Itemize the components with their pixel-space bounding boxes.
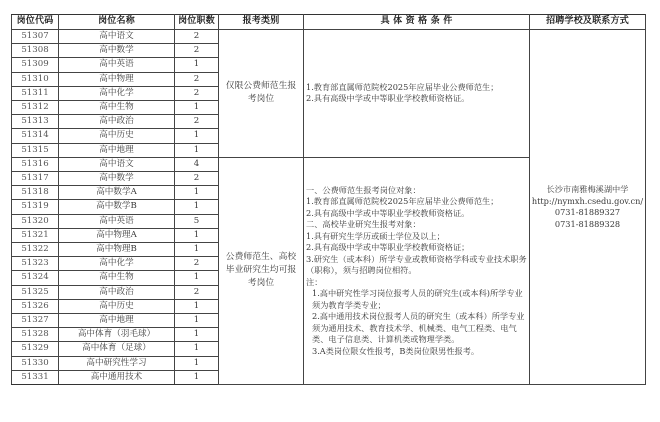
- position-name: 高中历史: [59, 129, 175, 143]
- contact-url[interactable]: http://nymxh.csedu.gov.cn/: [530, 196, 645, 208]
- position-code: 51312: [12, 101, 59, 115]
- position-count: 1: [175, 370, 219, 384]
- position-name: 高中地理: [59, 143, 175, 157]
- position-count: 2: [175, 86, 219, 100]
- requirements-cell: 1.教育部直属师范院校2025年应届毕业公费师范生；2.具有高级中学或中等职业学…: [304, 30, 530, 158]
- position-name: 高中数学: [59, 172, 175, 186]
- position-code: 51328: [12, 328, 59, 342]
- requirement-line: 二、高校毕业研究生报考对象：: [306, 219, 527, 231]
- position-name: 高中生物: [59, 101, 175, 115]
- position-name: 高中数学A: [59, 186, 175, 200]
- position-count: 1: [175, 186, 219, 200]
- requirement-line: 1.教育部直属师范院校2025年应届毕业公费师范生；: [306, 82, 527, 94]
- position-code: 51308: [12, 44, 59, 58]
- position-name: 高中英语: [59, 214, 175, 228]
- position-name: 高中体育（羽毛球）: [59, 328, 175, 342]
- position-name: 高中体育（足球）: [59, 342, 175, 356]
- position-count: 1: [175, 328, 219, 342]
- position-count: 4: [175, 157, 219, 171]
- position-name: 高中化学: [59, 257, 175, 271]
- position-code: 51330: [12, 356, 59, 370]
- position-count: 2: [175, 72, 219, 86]
- header-row: 岗位代码 岗位名称 岗位职数 报考类别 具 体 资 格 条 件 招聘学校及联系方…: [12, 15, 646, 30]
- position-code: 51324: [12, 271, 59, 285]
- position-name: 高中语文: [59, 157, 175, 171]
- position-code: 51311: [12, 86, 59, 100]
- position-code: 51331: [12, 370, 59, 384]
- position-code: 51326: [12, 299, 59, 313]
- position-count: 2: [175, 44, 219, 58]
- position-code: 51319: [12, 200, 59, 214]
- position-count: 1: [175, 299, 219, 313]
- position-count: 2: [175, 285, 219, 299]
- position-count: 2: [175, 30, 219, 44]
- position-name: 高中通用技术: [59, 370, 175, 384]
- position-name: 高中政治: [59, 285, 175, 299]
- position-count: 2: [175, 172, 219, 186]
- position-count: 1: [175, 314, 219, 328]
- contact-cell: 长沙市南雅梅溪湖中学http://nymxh.csedu.gov.cn/0731…: [530, 30, 646, 385]
- position-count: 1: [175, 143, 219, 157]
- header-code: 岗位代码: [12, 15, 59, 30]
- position-count: 2: [175, 257, 219, 271]
- position-name: 高中英语: [59, 58, 175, 72]
- position-code: 51325: [12, 285, 59, 299]
- requirement-line: 2.具有高级中学或中等职业学校教师资格证；: [306, 242, 527, 254]
- position-code: 51320: [12, 214, 59, 228]
- requirement-line: 2.高中通用技术岗位报考人员的研究生（或本科）所学专业须为通用技术、教育技术学、…: [306, 311, 527, 346]
- recruitment-table: 岗位代码 岗位名称 岗位职数 报考类别 具 体 资 格 条 件 招聘学校及联系方…: [11, 14, 646, 385]
- position-code: 51313: [12, 115, 59, 129]
- requirement-line: 一、公费师范生报考岗位对象：: [306, 185, 527, 197]
- requirement-line: 注：: [306, 277, 527, 289]
- header-count: 岗位职数: [175, 15, 219, 30]
- requirement-line: 1.高中研究性学习岗位报考人员的研究生(或本科)所学专业须为教育学类专业；: [306, 288, 527, 311]
- position-code: 51314: [12, 129, 59, 143]
- header-requirements: 具 体 资 格 条 件: [304, 15, 530, 30]
- category-cell: 仅限公费师范生报考岗位: [219, 30, 304, 158]
- requirements-cell: 一、公费师范生报考岗位对象：1.教育部直属师范院校2025年应届毕业公费师范生；…: [304, 157, 530, 384]
- position-name: 高中生物: [59, 271, 175, 285]
- requirement-line: 2.具有高级中学或中等职业学校教师资格证。: [306, 93, 527, 105]
- position-code: 51310: [12, 72, 59, 86]
- contact-school: 长沙市南雅梅溪湖中学: [530, 184, 645, 196]
- requirement-line: 1.教育部直属师范院校2025年应届毕业公费师范生；: [306, 196, 527, 208]
- position-name: 高中数学: [59, 44, 175, 58]
- position-code: 51316: [12, 157, 59, 171]
- requirement-line: 2.具有高级中学或中等职业学校教师资格证。: [306, 208, 527, 220]
- position-code: 51322: [12, 243, 59, 257]
- position-code: 51315: [12, 143, 59, 157]
- position-name: 高中政治: [59, 115, 175, 129]
- position-code: 51309: [12, 58, 59, 72]
- position-count: 2: [175, 115, 219, 129]
- position-name: 高中物理A: [59, 228, 175, 242]
- position-count: 1: [175, 356, 219, 370]
- position-count: 1: [175, 200, 219, 214]
- position-code: 51327: [12, 314, 59, 328]
- category-cell: 公费师范生、高校毕业研究生均可报考岗位: [219, 157, 304, 384]
- header-name: 岗位名称: [59, 15, 175, 30]
- position-code: 51329: [12, 342, 59, 356]
- position-name: 高中历史: [59, 299, 175, 313]
- position-count: 1: [175, 228, 219, 242]
- position-count: 5: [175, 214, 219, 228]
- position-name: 高中化学: [59, 86, 175, 100]
- position-name: 高中地理: [59, 314, 175, 328]
- position-name: 高中物理: [59, 72, 175, 86]
- requirement-line: 3.A类岗位限女性报考，B类岗位限男性报考。: [306, 346, 527, 358]
- contact-phone2: 0731-81889328: [530, 219, 645, 231]
- position-code: 51318: [12, 186, 59, 200]
- position-name: 高中数学B: [59, 200, 175, 214]
- header-category: 报考类别: [219, 15, 304, 30]
- requirement-line: 3.研究生（或本科）所学专业或教师资格学科或专业技术职务（职称），须与招聘岗位相…: [306, 254, 527, 277]
- position-name: 高中研究性学习: [59, 356, 175, 370]
- header-contact: 招聘学校及联系方式: [530, 15, 646, 30]
- position-count: 1: [175, 101, 219, 115]
- table-row: 51307高中语文2仅限公费师范生报考岗位1.教育部直属师范院校2025年应届毕…: [12, 30, 646, 44]
- requirement-line: 1.具有研究生学历或硕士学位及以上；: [306, 231, 527, 243]
- position-name: 高中物理B: [59, 243, 175, 257]
- contact-phone1: 0731-81889327: [530, 207, 645, 219]
- position-count: 1: [175, 243, 219, 257]
- position-count: 1: [175, 271, 219, 285]
- position-count: 1: [175, 58, 219, 72]
- position-count: 1: [175, 129, 219, 143]
- position-name: 高中语文: [59, 30, 175, 44]
- position-code: 51317: [12, 172, 59, 186]
- position-code: 51321: [12, 228, 59, 242]
- position-code: 51323: [12, 257, 59, 271]
- position-code: 51307: [12, 30, 59, 44]
- position-count: 1: [175, 342, 219, 356]
